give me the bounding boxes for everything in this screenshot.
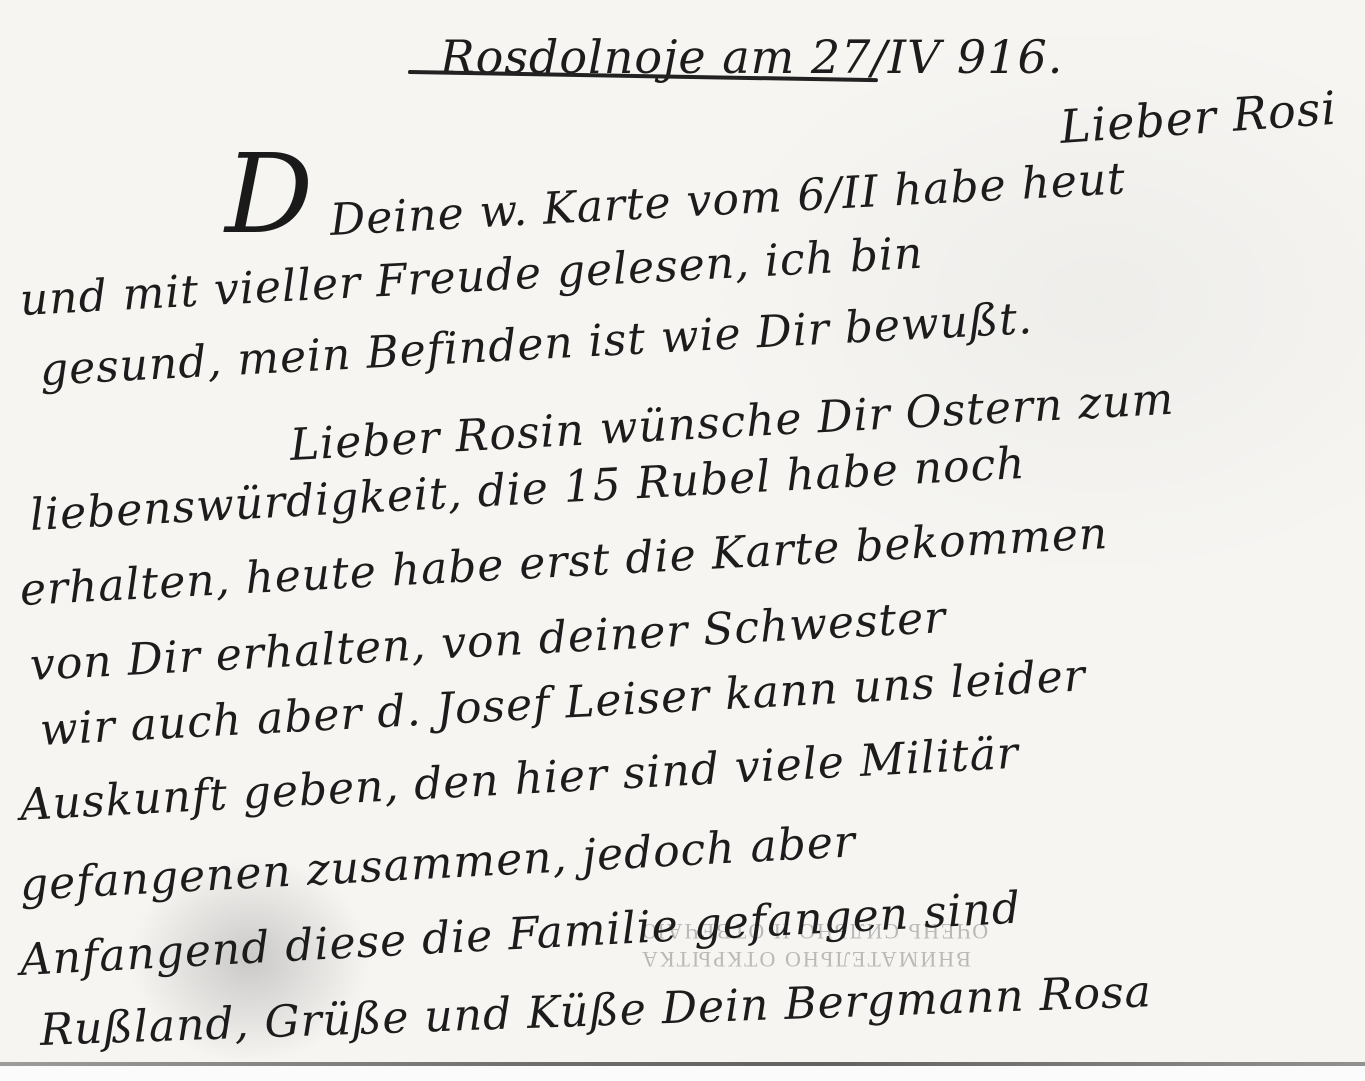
scan-margin (0, 1066, 1365, 1081)
decorative-initial: D (225, 130, 313, 258)
